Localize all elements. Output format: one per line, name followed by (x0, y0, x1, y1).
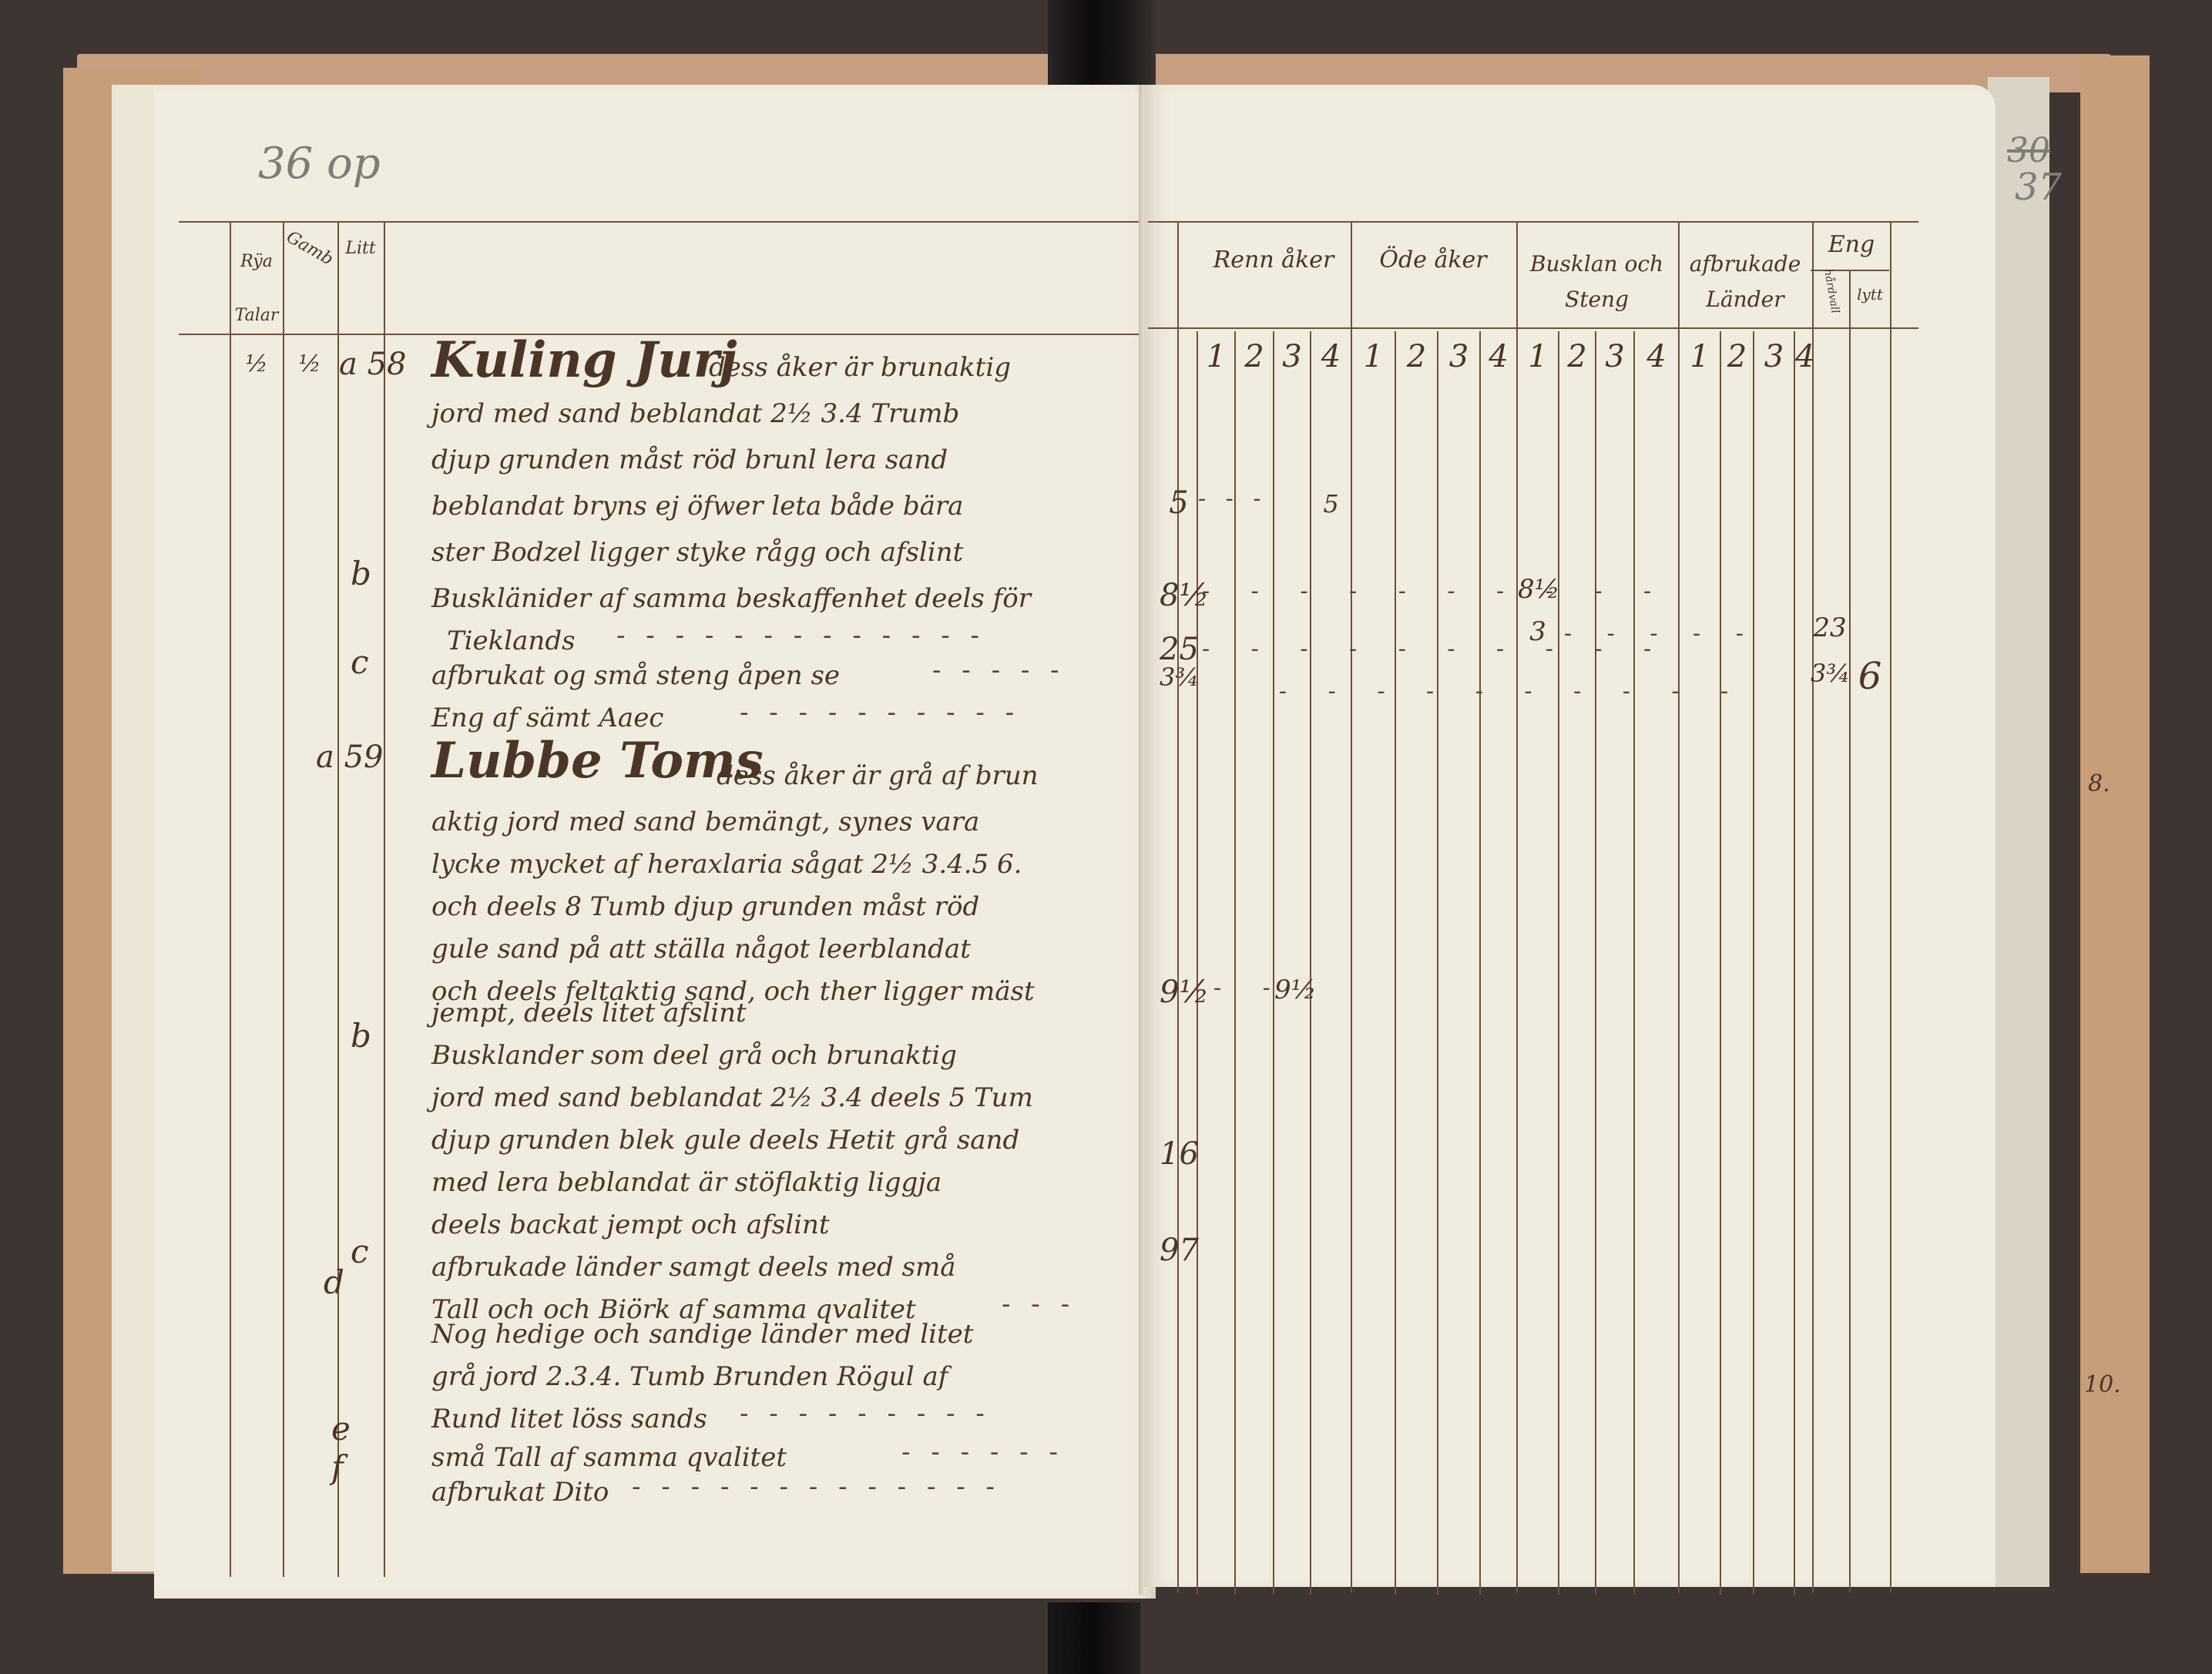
left-col-rule-3 (337, 221, 339, 1577)
right-col-rule (1633, 331, 1635, 1595)
entry-a59-litt: a 59 (316, 740, 383, 775)
left-folio-number: 36 op (258, 139, 381, 189)
header-afbrukade-lander: afbrukade Länder (1680, 247, 1811, 317)
row-4-total: 3¾ (1160, 663, 1198, 692)
subcol-renn-3: 3 (1274, 339, 1310, 374)
right-col-rule-total (1177, 221, 1179, 1592)
subcol-afbr-4: 4 (1795, 339, 1812, 374)
entry-a58-col2: ½ (284, 351, 336, 377)
entry-a58-line-5: ster Bodzel ligger styke rågg och afslin… (431, 528, 963, 577)
subcol-afbr-2: 2 (1721, 339, 1753, 374)
dash-filler: - - - - - (1564, 620, 1757, 647)
left-header-top-rule (179, 221, 1142, 223)
row-2-total: 8½ (1160, 578, 1198, 613)
entry-a58-col1: ½ (231, 351, 282, 377)
entry-a58-line-1: dess åker är brunaktig (709, 343, 1011, 392)
row-3-busk: 3 (1518, 616, 1558, 647)
header-ode-aker: Öde åker (1352, 247, 1514, 273)
right-header-bottom-rule (1148, 327, 1918, 329)
right-col-rule (1395, 331, 1396, 1595)
row-4-eng-lytt: 6 (1851, 655, 1889, 698)
right-col-rule (1234, 331, 1236, 1595)
entry-a59e-litt: e (331, 1410, 351, 1448)
right-col-rule (1753, 331, 1754, 1595)
entry-a59f-line-1: afbrukat Dito (431, 1468, 609, 1517)
row-5-total: 9½ (1160, 975, 1198, 1010)
right-folio-number: 37 (2015, 166, 2062, 209)
subcol-afbr-1: 1 (1680, 339, 1720, 374)
entry-a59d-litt: d (324, 1263, 344, 1301)
right-col-rule (1794, 331, 1795, 1595)
dash-filler: - - - (1002, 1289, 1076, 1320)
edge-number-2: 10. (2084, 1371, 2121, 1398)
book-spine-bottom (1048, 1602, 1140, 1674)
dash-filler: - - - - - (932, 655, 1066, 686)
dash-filler: - - - - - - (901, 1437, 1064, 1468)
row-1-cell: 5 (1311, 489, 1351, 518)
right-group-rule-5 (1812, 221, 1814, 1592)
right-col-rule (1558, 331, 1559, 1595)
right-group-rule-2 (1351, 221, 1352, 1592)
entry-a59b-litt: b (351, 1017, 371, 1055)
dash-filler: - - - - - - - - - - - - - (616, 620, 985, 651)
row-2-busk: 8½ (1518, 574, 1558, 605)
left-col-rule-1 (230, 221, 231, 1577)
entry-a59c-litt: c (351, 1233, 369, 1270)
row-1-total: 5 (1160, 485, 1198, 521)
subcol-afbr-3: 3 (1754, 339, 1794, 374)
row-4-eng: 3¾ (1811, 659, 1849, 688)
dash-filler: - - - (1198, 485, 1267, 512)
subcol-busk-1: 1 (1518, 339, 1558, 374)
subcol-renn-1: 1 (1198, 339, 1234, 374)
entry-a58-line-4: beblandat bryns ej öfwer leta både bära (431, 481, 963, 531)
entry-a59-line-1: dess åker är grå af brun (717, 751, 1039, 800)
right-group-rule-3 (1516, 221, 1518, 1592)
subcol-ode-1: 1 (1352, 339, 1395, 374)
right-group-rule-end (1890, 221, 1891, 1592)
header-busklan-steng: Busklan och Steng (1518, 247, 1676, 317)
right-col-rule (1273, 331, 1274, 1595)
subcol-renn-4: 4 (1311, 339, 1351, 374)
subcol-busk-3: 3 (1596, 339, 1633, 374)
left-col-rule-2 (283, 221, 284, 1577)
right-col-rule (1595, 331, 1596, 1595)
header-eng-lytt: lytt (1851, 285, 1889, 304)
dash-filler: - - - - - - - - - - (740, 697, 1020, 728)
right-col-rule (1197, 331, 1198, 1595)
row-7-total: 97 (1160, 1233, 1198, 1268)
right-header-top-rule (1148, 221, 1918, 223)
subcol-ode-4: 4 (1481, 339, 1516, 374)
entry-a58b-litt: b (351, 555, 371, 592)
book-cover-right (2080, 55, 2150, 1573)
entry-a59-name: Lubbe Toms (431, 732, 764, 790)
subcol-ode-3: 3 (1438, 339, 1479, 374)
right-col-rule (1720, 331, 1721, 1595)
eng-split-rule (1849, 271, 1851, 1592)
subcol-busk-2: 2 (1559, 339, 1595, 374)
dash-filler: - - - - - - - - - (740, 1398, 991, 1429)
entry-a58c-litt: c (351, 643, 369, 681)
edge-number-1: 8. (2088, 770, 2110, 797)
left-col-rule-4 (384, 221, 385, 1577)
dash-filler: - - - - - - - - - - (1279, 678, 1745, 705)
row-5-cell: 9½ (1274, 975, 1310, 1005)
header-renn-aker: Renn åker (1198, 247, 1349, 273)
dash-filler: - - - - - - - - - - - - - (632, 1471, 1001, 1502)
right-col-rule (1479, 331, 1481, 1595)
entry-a58-line-2: jord med sand beblandat 2½ 3.4 Trumb (431, 389, 959, 438)
subcol-ode-2: 2 (1396, 339, 1437, 374)
book-spine-top (1048, 0, 1156, 85)
header-eng: Eng (1814, 231, 1888, 258)
row-6-total: 16 (1160, 1136, 1198, 1172)
subcol-renn-2: 2 (1236, 339, 1273, 374)
subcol-busk-4: 4 (1635, 339, 1678, 374)
left-header-col3: Litt (339, 239, 382, 258)
left-header-col1: Rÿa Talar (231, 235, 282, 343)
page-stack-right (1988, 77, 2049, 1587)
entry-a58-litt: a 58 (339, 347, 406, 382)
right-folio-struck: 30 (2007, 131, 2050, 170)
row-3-eng: 23 (1811, 612, 1849, 643)
entry-a59f-litt: f (331, 1448, 344, 1486)
entry-a58-name: Kuling Jurj (431, 331, 737, 389)
entry-a58-line-3: djup grunden måst röd brunl lera sand (431, 435, 948, 485)
right-col-rule (1437, 331, 1438, 1595)
dash-filler: - - - - - - - - - - (1202, 578, 1668, 605)
right-col-rule (1310, 331, 1311, 1595)
right-group-rule-4 (1678, 221, 1680, 1592)
